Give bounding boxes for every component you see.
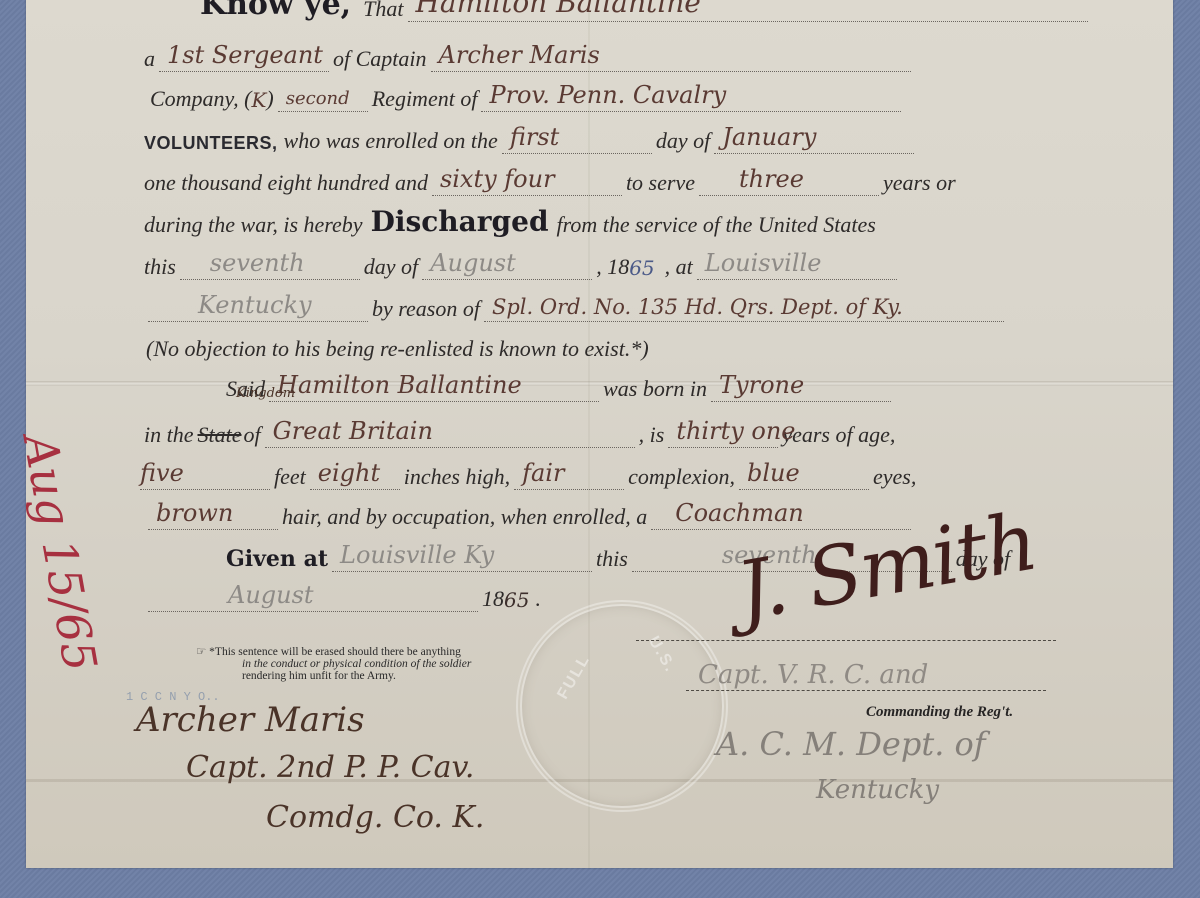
field-term: three: [699, 165, 879, 196]
footnote-line-3: rendering him unfit for the Army.: [196, 670, 471, 682]
red-margin-note: Aug 15/65: [13, 430, 108, 675]
label-born-in: was born in: [603, 376, 707, 402]
field-given-month: August: [148, 581, 478, 612]
label-years-of-age: years of age,: [782, 422, 895, 448]
faded-stamp: 1 C C N Y O..: [126, 690, 220, 704]
value-given-year: 65: [504, 588, 529, 612]
field-discharge-day: seventh: [180, 249, 360, 280]
field-enroll-month: January: [714, 123, 914, 154]
field-complexion: fair: [514, 459, 624, 490]
value-given-place: Louisville Ky: [340, 541, 494, 569]
label-regiment-of: Regiment of: [372, 86, 478, 112]
field-enroll-year: sixty four: [432, 165, 622, 196]
value-state-corrected: Kingdom: [236, 386, 295, 401]
label-at: , at: [665, 254, 693, 280]
value-age: thirty one: [676, 417, 795, 445]
field-rank: 1st Sergeant: [159, 41, 329, 72]
value-enroll-year: sixty four: [440, 165, 555, 193]
line-discharge-date: this seventh day of August , 18 65 , at …: [144, 240, 901, 280]
heading-discharged: Discharged: [371, 205, 549, 238]
value-eyes: blue: [747, 459, 800, 487]
label-is: , is: [639, 422, 665, 448]
line-reason: Kentucky by reason of Spl. Ord. No. 135 …: [144, 282, 1008, 322]
label-by-reason: by reason of: [372, 296, 480, 322]
value-discharge-day: seventh: [210, 249, 305, 277]
label-years-or: years or: [883, 170, 956, 196]
label-no-objection: (No objection to his being re-enlisted i…: [146, 336, 649, 362]
label-a: a: [144, 46, 155, 72]
value-bottom-note-3: Comdg. Co. K.: [266, 800, 484, 835]
heading-know-ye: Know ye,: [200, 0, 351, 22]
value-name: Hamilton Ballantine: [416, 0, 701, 19]
field-name: Hamilton Ballantine: [408, 0, 1088, 22]
value-rank: 1st Sergeant: [167, 41, 323, 69]
value-hair: brown: [156, 499, 233, 527]
footnote-line-1: ☞ *This sentence will be erased should t…: [196, 646, 471, 658]
field-eyes: blue: [739, 459, 869, 490]
label-feet: feet: [274, 464, 306, 490]
value-regiment: Prov. Penn. Cavalry: [489, 81, 726, 109]
field-regiment: Prov. Penn. Cavalry: [481, 81, 901, 112]
field-enroll-day: first: [502, 123, 652, 154]
label-during-war: during the war, is hereby: [144, 212, 363, 238]
label-commanding: Commanding the Reg't.: [866, 704, 1013, 721]
line-discharged: during the war, is hereby Discharged fro…: [144, 198, 876, 238]
value-country: Great Britain: [273, 417, 433, 445]
field-discharge-month: August: [422, 249, 592, 280]
field-feet: five: [140, 459, 270, 490]
field-regiment-number: second: [278, 81, 368, 112]
label-one-thousand: one thousand eight hundred and: [144, 170, 428, 196]
field-age: thirty one: [668, 417, 778, 448]
title-line: [686, 690, 1046, 691]
value-said-name: Hamilton Ballantine: [277, 371, 522, 399]
value-company: K: [251, 88, 266, 112]
field-reason: Spl. Ord. No. 135 Hd. Qrs. Dept. of Ky.: [484, 291, 1004, 322]
label-year-18: 18: [482, 586, 504, 612]
value-discharge-month: August: [430, 249, 516, 277]
label-this: this: [144, 254, 176, 280]
value-discharge-year: 65: [629, 256, 654, 280]
line-state: in the State of Great Britain , is thirt…: [144, 408, 895, 448]
discharge-certificate: Know ye, That Hamilton Ballantine a 1st …: [26, 0, 1173, 868]
label-hair-occupation: hair, and by occupation, when enrolled, …: [282, 504, 647, 530]
value-term: three: [739, 165, 804, 193]
value-enroll-month: January: [722, 123, 816, 151]
label-eyes: eyes,: [873, 464, 916, 490]
line-said: Said Hamilton Ballantine was born in Tyr…: [226, 362, 895, 402]
line-physical: five feet eight inches high, fair comple…: [136, 450, 916, 490]
line-company: Company, ( K ) second Regiment of Prov. …: [150, 72, 905, 112]
label-state-struck: State: [198, 422, 242, 448]
line-volunteers: VOLUNTEERS, who was enrolled on the firs…: [144, 114, 918, 154]
label-this-2: this: [596, 546, 628, 572]
value-discharge-city: Louisville: [705, 249, 822, 277]
label-enrolled: who was enrolled on the: [284, 128, 498, 154]
label-inches-high: inches high,: [404, 464, 510, 490]
label-given-at: Given at: [226, 546, 328, 572]
line-given-year: August 18 65 .: [144, 572, 541, 612]
value-captain: Archer Maris: [439, 41, 600, 69]
label-of: of: [244, 422, 261, 448]
label-company: Company, (: [150, 86, 251, 112]
value-given-month: August: [228, 581, 314, 609]
value-feet: five: [140, 459, 184, 487]
label-complexion: complexion,: [628, 464, 735, 490]
value-regiment-number: second: [286, 88, 350, 109]
value-enroll-day: first: [510, 123, 559, 151]
footnote-line-2: in the conduct or physical condition of …: [196, 658, 471, 670]
label-volunteers: VOLUNTEERS,: [144, 133, 278, 154]
field-country: Great Britain: [265, 417, 635, 448]
signature-line: [636, 640, 1056, 641]
line-year: one thousand eight hundred and sixty fou…: [144, 156, 956, 196]
field-given-place: Louisville Ky: [332, 541, 592, 572]
field-discharge-city: Louisville: [697, 249, 897, 280]
line-rank: a 1st Sergeant of Captain Archer Maris: [144, 32, 915, 72]
value-occupation: Coachman: [675, 499, 804, 527]
line-no-objection: (No objection to his being re-enlisted i…: [146, 322, 649, 362]
label-company-close: ): [266, 86, 273, 112]
field-discharge-state: Kentucky: [148, 291, 368, 322]
field-captain: Archer Maris: [431, 41, 911, 72]
label-day-of: day of: [656, 128, 710, 154]
value-signature-title: Capt. V. R. C. and: [698, 660, 928, 690]
label-of-captain: of Captain: [333, 46, 427, 72]
label-that: That: [363, 0, 403, 22]
value-signature-title-3: Kentucky: [816, 775, 939, 805]
label-in-the: in the: [144, 422, 194, 448]
embossed-seal: FULL U.S.: [516, 600, 728, 812]
value-complexion: fair: [522, 459, 564, 487]
field-said-name: Hamilton Ballantine: [269, 371, 599, 402]
label-from-service: from the service of the United States: [557, 212, 876, 238]
label-year-prefix: , 18: [596, 254, 629, 280]
field-birthplace: Tyrone: [711, 371, 891, 402]
value-reason: Spl. Ord. No. 135 Hd. Qrs. Dept. of Ky.: [492, 295, 903, 319]
value-bottom-note-1: Archer Maris: [136, 700, 365, 740]
value-signature-title-2: A. C. M. Dept. of: [716, 725, 986, 763]
label-to-serve: to serve: [626, 170, 695, 196]
line-know-ye: Know ye, That Hamilton Ballantine: [200, 0, 1092, 22]
value-birthplace: Tyrone: [719, 371, 804, 399]
label-day-of-2: day of: [364, 254, 418, 280]
footnote: ☞ *This sentence will be erased should t…: [196, 646, 471, 682]
field-hair: brown: [148, 499, 278, 530]
field-inches: eight: [310, 459, 400, 490]
line-occupation: brown hair, and by occupation, when enro…: [144, 490, 915, 530]
value-discharge-state: Kentucky: [198, 291, 312, 319]
value-inches: eight: [318, 459, 380, 487]
value-bottom-note-2: Capt. 2nd P. P. Cav.: [186, 750, 474, 785]
